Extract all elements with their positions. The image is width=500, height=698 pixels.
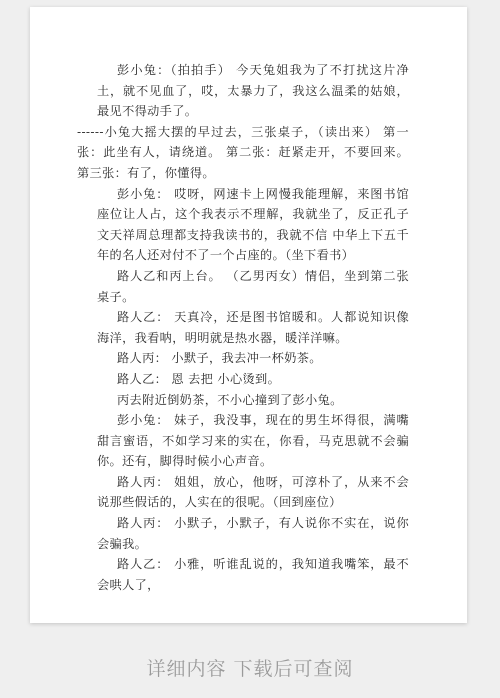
- paragraph: 丙去附近倒奶茶，不小心撞到了彭小兔。: [97, 390, 409, 411]
- paragraph: 路人丙： 姐姐，放心，他呀，可淳朴了，从来不会说那些假话的，人实在的很呢。（回到…: [97, 472, 409, 513]
- paragraph: 路人丙： 小默子，我去冲一杯奶茶。: [97, 348, 409, 369]
- paragraph: 路人乙和丙上台。 （乙男丙女）情侣，坐到第二张桌子。: [97, 266, 409, 307]
- paragraph: 彭小兔： 妹子，我没事，现在的男生坏得很，满嘴甜言蜜语，不如学习来的实在，你看，…: [97, 410, 409, 472]
- document-page: 彭小兔：（拍拍手） 今天兔姐我为了不打扰这片净土，就不见血了，哎，太暴力了，我这…: [30, 7, 467, 623]
- paragraph: ------小兔大摇大摆的早过去，三张桌子，（读出来） 第一张：此坐有人，请绕道…: [77, 122, 409, 184]
- paragraph: 彭小兔： 哎呀，网速卡上网慢我能理解，来图书馆座位让人占，这个我表示不理解，我就…: [97, 184, 409, 266]
- paragraph: 路人乙： 天真冷，还是图书馆暖和。人都说知识像海洋，我看呐，明明就是热水器，暖洋…: [97, 307, 409, 348]
- download-hint: 详细内容 下载后可查阅: [0, 654, 500, 681]
- paragraph: 路人乙： 小雅，听谁乱说的，我知道我嘴笨，最不会哄人了，: [97, 554, 409, 595]
- paragraph: 彭小兔：（拍拍手） 今天兔姐我为了不打扰这片净土，就不见血了，哎，太暴力了，我这…: [97, 60, 409, 122]
- paragraph: 路人丙： 小默子，小默子，有人说你不实在，说你会骗我。: [97, 513, 409, 554]
- document-content: 彭小兔：（拍拍手） 今天兔姐我为了不打扰这片净土，就不见血了，哎，太暴力了，我这…: [97, 60, 409, 595]
- paragraph: 路人乙： 恩 去把 小心烫到。: [97, 369, 409, 390]
